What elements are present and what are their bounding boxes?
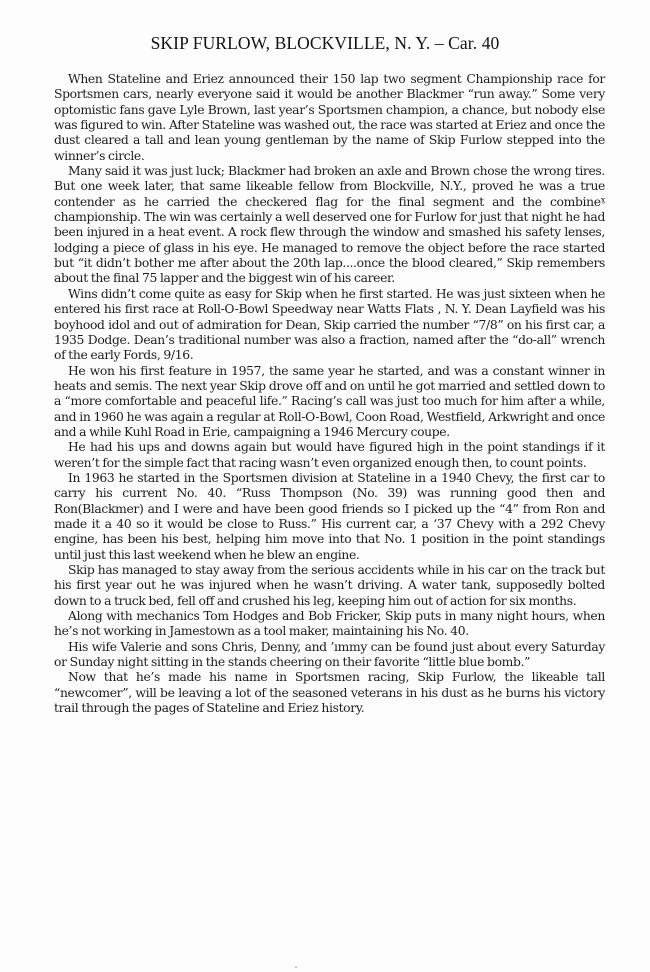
paragraph-mechanics: Along with mechanics Tom Hodges and Bob … <box>54 609 605 640</box>
paragraph-early-career: Wins didn’t come quite as easy for Skip … <box>54 287 605 364</box>
article-title: SKIP FURLOW, BLOCKVILLE, N. Y. – Car. 40 <box>0 33 650 54</box>
paragraph-intro: When Stateline and Eriez announced their… <box>54 72 605 164</box>
paragraph-points: He had his ups and downs again but would… <box>54 440 605 471</box>
document-page: SKIP FURLOW, BLOCKVILLE, N. Y. – Car. 40… <box>0 0 650 972</box>
scan-speck <box>295 966 297 968</box>
paragraph-injury: Skip has managed to stay away from the s… <box>54 563 605 609</box>
paragraph-car-number: In 1963 he started in the Sportsmen divi… <box>54 471 605 563</box>
article-body: When Stateline and Eriez announced their… <box>54 72 605 716</box>
paragraph-family: His wife Valerie and sons Chris, Denny, … <box>54 640 605 671</box>
paragraph-conclusion: Now that he’s made his name in Sportsmen… <box>54 670 605 716</box>
paragraph-first-feature: He won his first feature in 1957, the sa… <box>54 364 605 441</box>
paragraph-championship: Many said it was just luck; Blackmer had… <box>54 164 605 287</box>
